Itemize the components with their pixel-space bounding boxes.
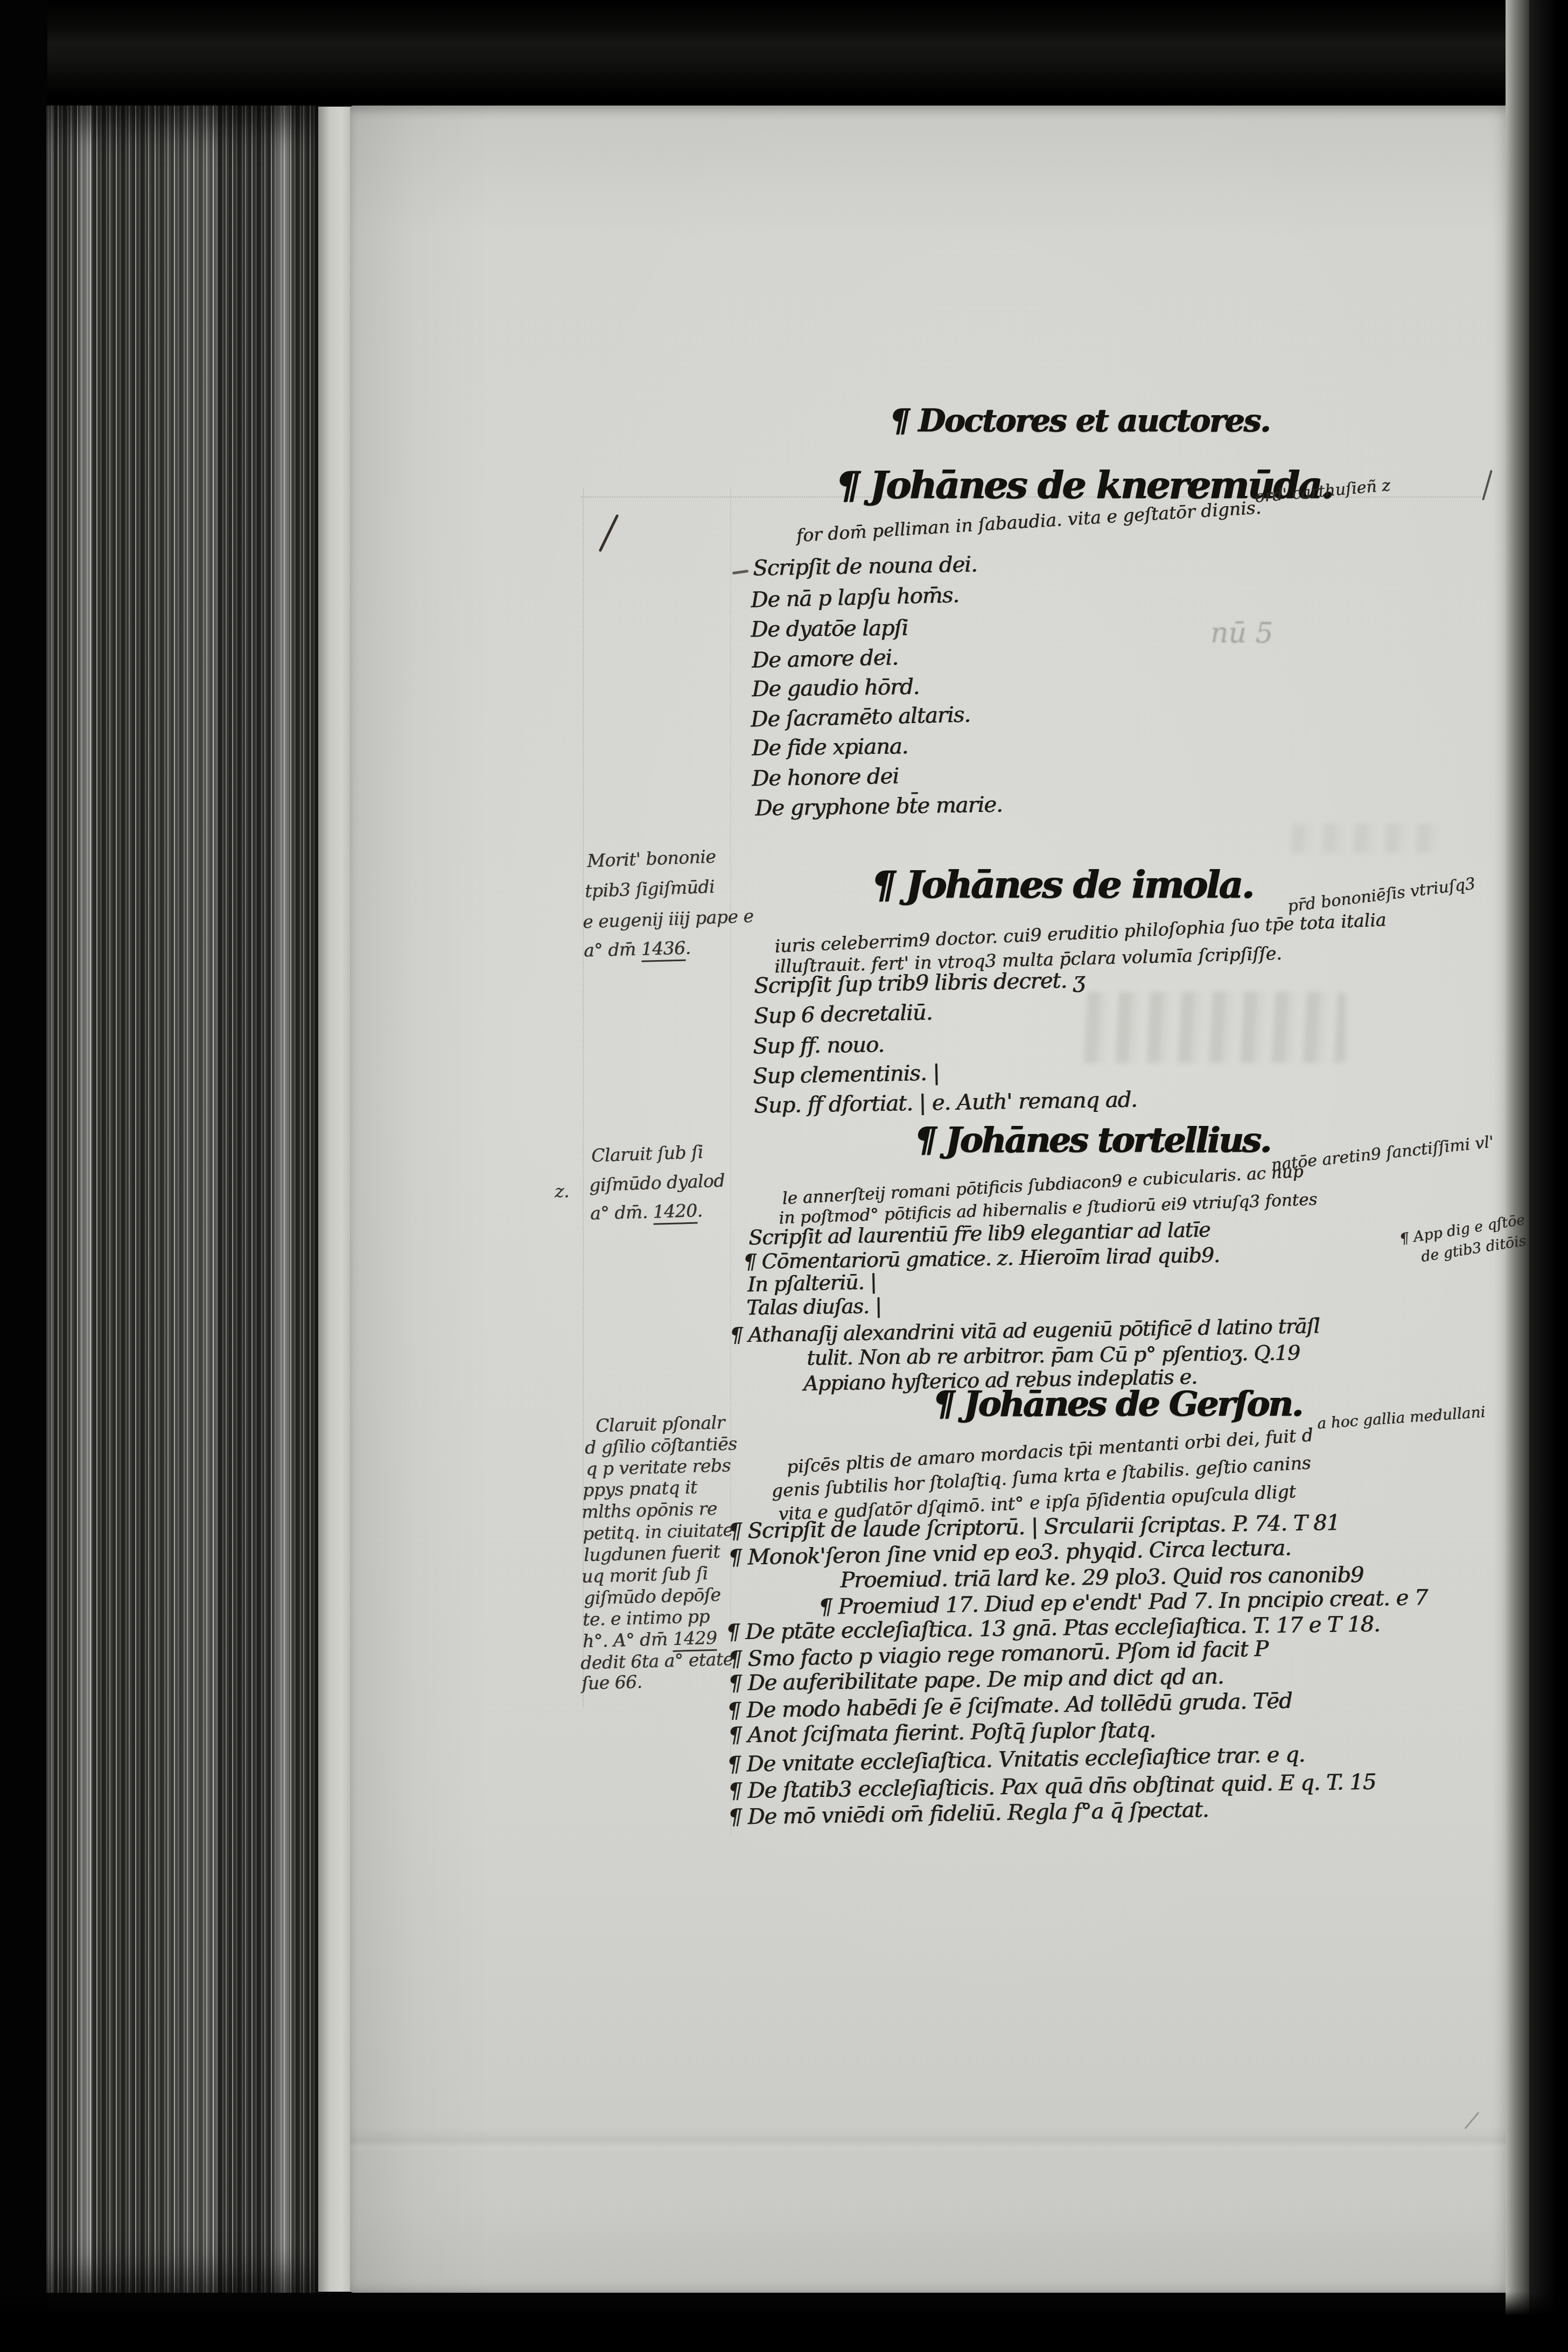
page-fold-shadow [350, 2128, 1512, 2153]
margin-note-line: q p veritate rebs [586, 1456, 731, 1478]
work-title-line: Sup 6 decretaliū. [754, 1002, 933, 1027]
margin-note-line: Morit' bononie [586, 848, 716, 870]
work-title-line: Scripſit de nouna dei. [753, 554, 977, 579]
photo-left-background [0, 0, 47, 2352]
margin-note-line: e eugenij iiij pape e [583, 907, 754, 930]
work-title-line: Scripſit ſup trib9 libris decret. ʒ [754, 970, 1085, 997]
showthrough-number: nū 5 [1210, 619, 1273, 647]
work-title-line: De nā p lapſu hom̄s. [751, 584, 960, 611]
margin-note-line: mlths opōnis re [582, 1500, 717, 1521]
margin-year-prefix: a° dm̄ [584, 939, 642, 961]
photo-bottom-background [0, 2291, 1568, 2352]
margin-year-underlined: 1436 [641, 937, 685, 962]
margin-note-line: ppys pnatq it [583, 1478, 697, 1499]
margin-note-line: giſmūdo dyalod [589, 1172, 725, 1194]
margin-year-underlined: 1429 [673, 1627, 717, 1652]
work-title-line: De amore dei. [752, 647, 898, 671]
work-paragraph-line: tulit. Non ab re arbitror. p̄am Cū p° pſ… [807, 1342, 1300, 1368]
work-title-line: Talas diuſas. | [746, 1296, 881, 1318]
page-title: ¶ Doctores et auctores. [890, 405, 1270, 436]
showthrough-text-block [1077, 992, 1346, 1063]
photo-top-background [0, 0, 1568, 108]
margin-year-prefix: h°. A° dm̄ [583, 1628, 673, 1651]
margin-note-line: d gſilio cōſtantiēs [585, 1434, 737, 1456]
showthrough-text-block-2 [1282, 824, 1443, 853]
margin-year-suffix: . [685, 937, 691, 958]
margin-stray-mark: z. [555, 1182, 569, 1200]
manuscript-photo: nū 5 ¶ Doctores et auctores. ¶ Johānes d… [0, 0, 1568, 2352]
entry-3-heading: ¶ Johānes tortellius. [914, 1123, 1270, 1158]
work-title-line: De fide xpiana. [752, 736, 908, 759]
work-title-line: Sup. ff dfortiat. | e. Auth' remanq ad. [754, 1089, 1137, 1116]
margin-note-line: Claruit pſonalr [596, 1413, 725, 1434]
page-edge-highlight [318, 107, 352, 2292]
margin-note-year-line: a° dm̄. 1420. [590, 1201, 703, 1222]
margin-note-year-line: h°. A° dm̄ 1429 [583, 1629, 717, 1650]
margin-year-prefix: a° dm̄. [590, 1201, 654, 1224]
book-fore-edge-stack [46, 106, 318, 2293]
margin-note-year-line: a° dm̄ 1436. [584, 939, 691, 959]
entry-2-heading: ¶ Johānes de imola. [871, 866, 1253, 904]
margin-note-line: petitq. in ciuitate [583, 1521, 733, 1542]
margin-note-line: uq morit ſub ſi [582, 1564, 708, 1585]
photo-right-background [1529, 0, 1568, 2352]
margin-year-suffix: . [697, 1200, 703, 1221]
work-title-line: In pſalteriū. | [747, 1271, 877, 1294]
entry-4-heading: ¶ Johānes de Gerſon. [933, 1387, 1301, 1422]
margin-year-underlined: 1420 [653, 1200, 697, 1225]
margin-note-line: tpib3 ſigiſmūdi [584, 878, 715, 900]
margin-note-line: dedit 6ta a° etate [580, 1650, 733, 1671]
margin-note-line: Claruit ſub ſi [591, 1143, 703, 1164]
margin-note-line: lugdunen fuerit [584, 1543, 720, 1564]
work-title-line: De gryphone bt̄e marie. [755, 794, 1003, 819]
work-title-line: De dyatōe lapſi [751, 617, 908, 640]
work-title-line: ¶ Anot ſciſmata fierint. Poſtq̄ ſuplor ſ… [728, 1719, 1156, 1746]
margin-note-line: giſmūdo depōſe [584, 1586, 721, 1607]
work-title-line: Sup ff. nouo. [753, 1034, 884, 1057]
work-title-line: De gaudio hōrd. [752, 676, 920, 700]
work-title-line: ¶ Cōmentariorū gmatice. z. Hieroīm lirad… [743, 1245, 1220, 1272]
margin-note-line: te. e intimo pp [583, 1607, 710, 1628]
work-title-line: Sup clementinis. | [753, 1062, 940, 1088]
work-title-line: ¶ De auferibilitate pape. De mip and dic… [728, 1666, 1224, 1695]
margin-note-line: ſue 66. [582, 1673, 642, 1692]
work-title-line: De honore dei [752, 766, 899, 790]
work-title-line: De ſacramēto altaris. [751, 704, 970, 730]
